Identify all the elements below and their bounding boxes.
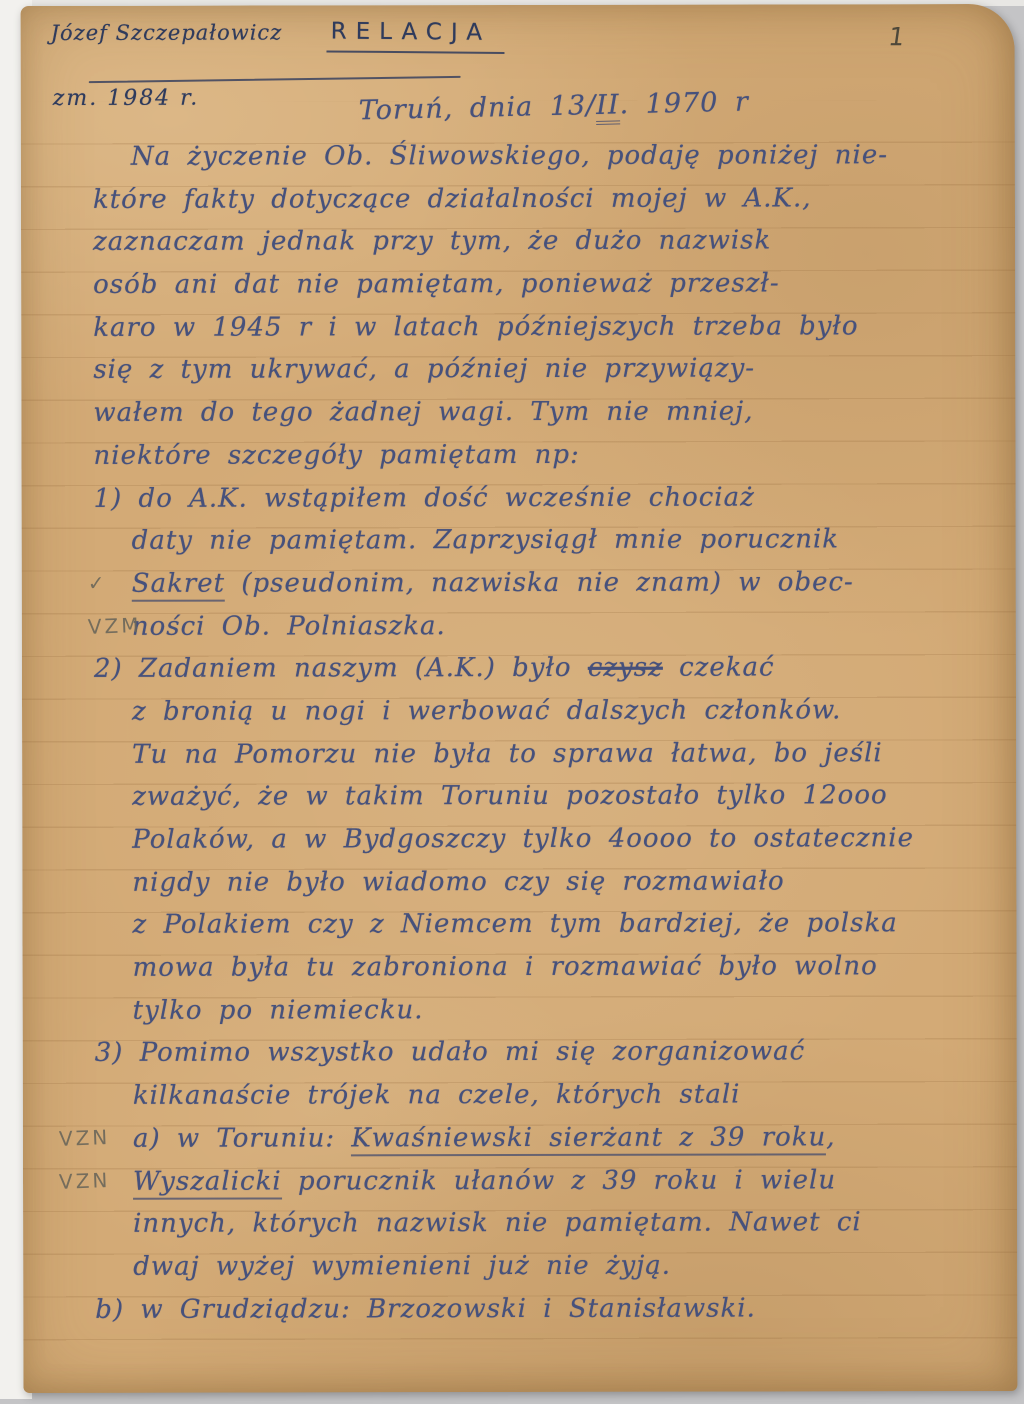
- text-segment: mowa była tu zabroniona i rozmawiać było…: [133, 951, 878, 983]
- text-segment: Tu na Pomorzu nie była to sprawa łatwa, …: [132, 738, 883, 770]
- pencil-margin-note: VZN: [59, 1168, 111, 1194]
- handwritten-line: nigdy nie było wiadomo czy się rozmawiał…: [22, 860, 1016, 905]
- handwritten-line: 2) Zadaniem naszym (A.K.) było czysz cze…: [22, 646, 1016, 691]
- text-segment: . 1970 r: [619, 86, 749, 120]
- handwritten-line: kilkanaście trójek na czele, których sta…: [23, 1073, 1017, 1118]
- text-segment: Toruń, dnia 13/: [358, 90, 596, 126]
- handwritten-line: tylko po niemiecku.: [23, 988, 1017, 1033]
- handwritten-line: ności Ob. Polniaszka.: [22, 604, 1016, 649]
- handwritten-line: z bronią u nogi i werbować dalszych czło…: [22, 689, 1016, 734]
- handwritten-line: niektóre szczegóły pamiętam np:: [21, 433, 1015, 478]
- text-segment: wałem do tego żadnej wagi. Tym nie mniej…: [93, 397, 753, 428]
- handwritten-line: mowa była tu zabroniona i rozmawiać było…: [23, 945, 1017, 990]
- text-segment: osób ani dat nie pamiętam, ponieważ prze…: [93, 269, 780, 300]
- text-segment: z bronią u nogi i werbować dalszych czło…: [132, 695, 841, 726]
- handwritten-line: a) w Toruniu: Kwaśniewski sierżant z 39 …: [23, 1116, 1017, 1161]
- text-segment: (pseudonim, nazwiska nie znam) w obec-: [225, 567, 854, 598]
- text-segment: niektóre szczegóły pamiętam np:: [93, 440, 579, 471]
- text-segment: 1) do A.K. wstąpiłem dość wcześnie choci…: [94, 482, 755, 513]
- text-segment: się z tym ukrywać, a później nie przywią…: [93, 354, 755, 385]
- handwritten-line: osób ani dat nie pamiętam, ponieważ prze…: [21, 262, 1015, 307]
- text-segment: 2) Zadaniem naszym (A.K.) było: [94, 653, 588, 684]
- text-segment: Sakret: [132, 568, 225, 601]
- text-segment: b) w Grudziądzu: Brzozowski i Stanisławs…: [95, 1293, 756, 1324]
- author-underline: [89, 76, 461, 83]
- text-segment: kilkanaście trójek na czele, których sta…: [133, 1080, 741, 1111]
- handwritten-line: się z tym ukrywać, a później nie przywią…: [21, 347, 1015, 392]
- handwritten-line: z Polakiem czy z Niemcem tym bardziej, ż…: [22, 902, 1016, 947]
- text-segment: Kwaśniewski sierżant z 39 roku: [351, 1122, 826, 1156]
- pencil-margin-note: VZN: [58, 1125, 110, 1151]
- document-header: Józef SzczepałowiczRELACJA: [51, 19, 505, 54]
- handwritten-line: Wyszalicki porucznik ułanów z 39 roku i …: [23, 1158, 1017, 1203]
- pencil-margin-note: VZM: [87, 613, 141, 639]
- handwritten-line: karo w 1945 r i w latach późniejszych tr…: [21, 305, 1015, 350]
- handwritten-line: b) w Grudziądzu: Brzozowski i Stanisławs…: [23, 1287, 1017, 1332]
- text-segment: karo w 1945 r i w latach późniejszych tr…: [93, 311, 858, 343]
- checkmark-pencil-note: ✓: [87, 571, 108, 596]
- handwritten-line: zważyć, że w takim Toruniu pozostało tyl…: [22, 774, 1016, 819]
- text-segment: Na życzenie Ob. Śliwowskiego, podaję pon…: [131, 140, 888, 172]
- text-segment: a) w Toruniu:: [133, 1123, 351, 1153]
- handwritten-line: 3) Pomimo wszystko udało mi się zorganiz…: [23, 1030, 1017, 1075]
- text-segment: Polaków, a w Bydgoszczy tylko 4oooo to o…: [132, 823, 914, 855]
- text-segment: dwaj wyżej wymienieni już nie żyją.: [133, 1251, 671, 1282]
- text-segment: Wyszalicki: [133, 1166, 282, 1199]
- handwritten-line: Na życzenie Ob. Śliwowskiego, podaję pon…: [21, 134, 1015, 179]
- handwritten-line: 1) do A.K. wstąpiłem dość wcześnie choci…: [22, 475, 1016, 520]
- struck-word: czysz: [588, 653, 663, 683]
- text-segment: które fakty dotyczące działalności mojej…: [93, 183, 812, 215]
- handwritten-line: które fakty dotyczące działalności mojej…: [21, 177, 1015, 222]
- text-segment: daty nie pamiętam. Zaprzysiągł mnie poru…: [132, 525, 839, 556]
- text-segment: czekać: [663, 653, 775, 683]
- text-segment: zważyć, że w takim Toruniu pozostało tyl…: [132, 781, 887, 813]
- author-name: Józef Szczepałowicz: [51, 20, 283, 44]
- death-note: zm. 1984 r.: [53, 86, 200, 111]
- text-segment: innych, których nazwisk nie pamiętam. Na…: [133, 1207, 862, 1239]
- text-segment: zaznaczam jednak przy tym, że dużo nazwi…: [93, 226, 771, 257]
- dateline: Toruń, dnia 13/II. 1970 r: [358, 86, 749, 126]
- document-paper: Józef SzczepałowiczRELACJA zm. 1984 r. 1…: [21, 4, 1018, 1393]
- handwriting-lines: Na życzenie Ob. Śliwowskiego, podaję pon…: [21, 134, 1018, 1331]
- handwritten-line: daty nie pamiętam. Zaprzysiągł mnie poru…: [22, 518, 1016, 563]
- document-title: RELACJA: [326, 18, 505, 53]
- handwritten-line: Tu na Pomorzu nie była to sprawa łatwa, …: [22, 732, 1016, 777]
- text-segment: z Polakiem czy z Niemcem tym bardziej, ż…: [132, 909, 897, 941]
- text-segment: 3) Pomimo wszystko udało mi się zorganiz…: [95, 1037, 806, 1068]
- text-segment: porucznik ułanów z 39 roku i wielu: [282, 1165, 836, 1196]
- page-number: 1: [887, 22, 907, 51]
- text-segment: nigdy nie było wiadomo czy się rozmawiał…: [132, 866, 784, 897]
- handwritten-line: zaznaczam jednak przy tym, że dużo nazwi…: [21, 219, 1015, 264]
- text-segment: ności Ob. Polniaszka.: [132, 611, 446, 642]
- handwritten-line: Polaków, a w Bydgoszczy tylko 4oooo to o…: [22, 817, 1016, 862]
- handwritten-line: Sakret (pseudonim, nazwiska nie znam) w …: [22, 561, 1016, 606]
- handwritten-line: dwaj wyżej wymienieni już nie żyją.: [23, 1244, 1017, 1289]
- text-segment: tylko po niemiecku.: [133, 995, 424, 1026]
- handwritten-line: wałem do tego żadnej wagi. Tym nie mniej…: [21, 390, 1015, 435]
- handwritten-line: innych, których nazwisk nie pamiętam. Na…: [23, 1201, 1017, 1246]
- text-segment: ,: [826, 1122, 835, 1152]
- text-segment: II: [596, 89, 620, 125]
